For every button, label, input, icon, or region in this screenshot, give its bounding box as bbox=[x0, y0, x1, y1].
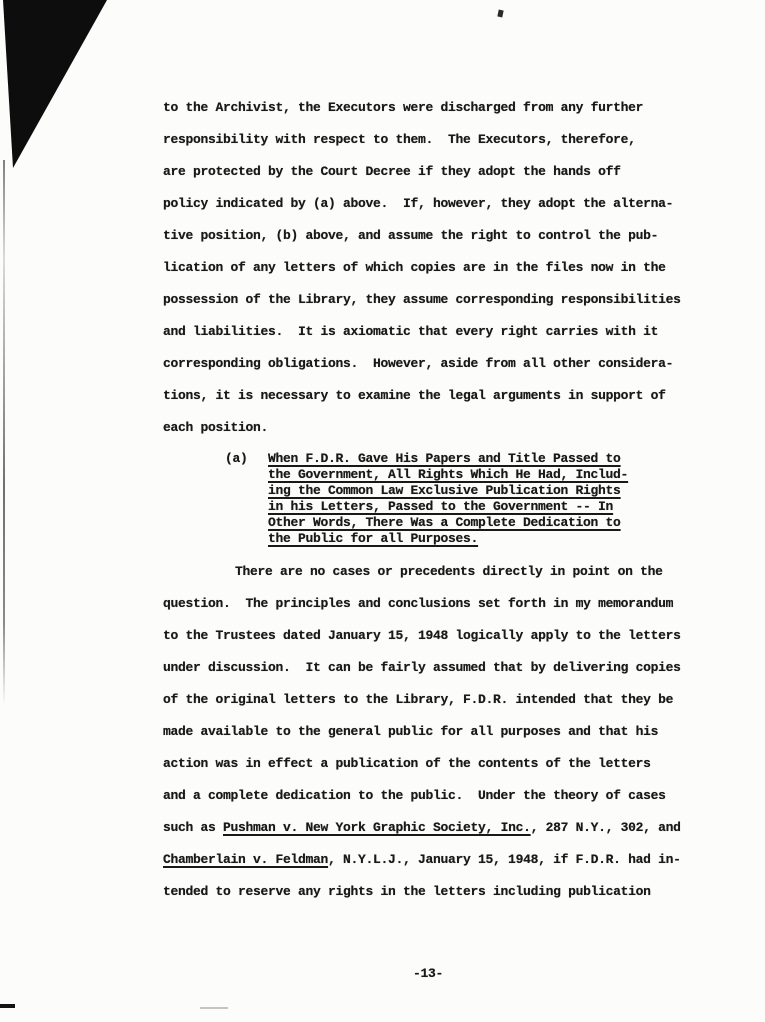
text-segment: and liabilities. It is axiomatic that ev… bbox=[163, 324, 658, 339]
text-line: corresponding obligations. However, asid… bbox=[163, 348, 723, 380]
text-segment: policy indicated by (a) above. If, howev… bbox=[163, 196, 673, 211]
text-line: possession of the Library, they assume c… bbox=[163, 284, 723, 316]
text-segment: such as bbox=[163, 820, 223, 835]
text-segment: question. The principles and conclusions… bbox=[163, 596, 673, 611]
text-segment: made available to the general public for… bbox=[163, 724, 658, 739]
text-line: There are no cases or precedents directl… bbox=[163, 556, 723, 588]
underlined-text: Chamberlain v. Feldman bbox=[163, 852, 328, 867]
text-line: tive position, (b) above, and assume the… bbox=[163, 220, 723, 252]
section-heading-a: (a) When F.D.R. Gave His Papers and Titl… bbox=[225, 451, 628, 547]
text-line: in his Letters, Passed to the Government… bbox=[268, 499, 628, 515]
text-line: to the Trustees dated January 15, 1948 l… bbox=[163, 620, 723, 652]
text-line: are protected by the Court Decree if the… bbox=[163, 156, 723, 188]
text-line: and a complete dedication to the public.… bbox=[163, 780, 723, 812]
text-line: tions, it is necessary to examine the le… bbox=[163, 380, 723, 412]
document-page: to the Archivist, the Executors were dis… bbox=[0, 0, 765, 1022]
text-segment: There are no cases or precedents directl… bbox=[235, 564, 663, 579]
underlined-text: When F.D.R. Gave His Papers and Title Pa… bbox=[268, 451, 621, 466]
text-segment: corresponding obligations. However, asid… bbox=[163, 356, 673, 371]
text-segment: , N.Y.L.J., January 15, 1948, if F.D.R. … bbox=[328, 852, 681, 867]
text-segment: tended to reserve any rights in the lett… bbox=[163, 884, 651, 899]
underlined-text: Pushman v. New York Graphic Society, Inc… bbox=[223, 820, 531, 835]
text-line: the Public for all Purposes. bbox=[268, 531, 628, 547]
section-heading-label: (a) bbox=[225, 451, 268, 547]
text-segment: are protected by the Court Decree if the… bbox=[163, 164, 621, 179]
page-number: -13- bbox=[163, 966, 693, 981]
paragraph-continuation: to the Archivist, the Executors were dis… bbox=[163, 92, 723, 444]
text-segment: each position. bbox=[163, 420, 268, 435]
text-line: under discussion. It can be fairly assum… bbox=[163, 652, 723, 684]
underlined-text: Other Words, There Was a Complete Dedica… bbox=[268, 515, 621, 530]
ink-speck-artifact bbox=[497, 10, 503, 18]
text-segment: of the original letters to the Library, … bbox=[163, 692, 673, 707]
text-line: such as Pushman v. New York Graphic Soci… bbox=[163, 812, 723, 844]
bottom-edge-mark-artifact bbox=[0, 1004, 15, 1008]
text-line: to the Archivist, the Executors were dis… bbox=[163, 92, 723, 124]
text-line: tended to reserve any rights in the lett… bbox=[163, 876, 723, 908]
underlined-text: the Government, All Rights Which He Had,… bbox=[268, 467, 628, 482]
text-line: of the original letters to the Library, … bbox=[163, 684, 723, 716]
scan-edge-line-artifact bbox=[3, 160, 5, 705]
text-line: When F.D.R. Gave His Papers and Title Pa… bbox=[268, 451, 628, 467]
text-segment: to the Trustees dated January 15, 1948 l… bbox=[163, 628, 681, 643]
bottom-faint-mark-artifact bbox=[200, 1007, 228, 1009]
text-line: each position. bbox=[163, 412, 723, 444]
text-line: policy indicated by (a) above. If, howev… bbox=[163, 188, 723, 220]
text-segment: under discussion. It can be fairly assum… bbox=[163, 660, 681, 675]
text-line: Chamberlain v. Feldman, N.Y.L.J., Januar… bbox=[163, 844, 723, 876]
text-line: responsibility with respect to them. The… bbox=[163, 124, 723, 156]
text-line: action was in effect a publication of th… bbox=[163, 748, 723, 780]
text-segment: , 287 N.Y., 302, and bbox=[531, 820, 681, 835]
text-line: Other Words, There Was a Complete Dedica… bbox=[268, 515, 628, 531]
text-line: ing the Common Law Exclusive Publication… bbox=[268, 483, 628, 499]
text-line: made available to the general public for… bbox=[163, 716, 723, 748]
corner-fold-artifact bbox=[0, 0, 120, 180]
underlined-text: ing the Common Law Exclusive Publication… bbox=[268, 483, 621, 498]
text-segment: action was in effect a publication of th… bbox=[163, 756, 651, 771]
text-line: question. The principles and conclusions… bbox=[163, 588, 723, 620]
section-heading-text: When F.D.R. Gave His Papers and Title Pa… bbox=[268, 451, 628, 547]
text-line: lication of any letters of which copies … bbox=[163, 252, 723, 284]
paragraph-argument: There are no cases or precedents directl… bbox=[163, 556, 723, 908]
text-segment: responsibility with respect to them. The… bbox=[163, 132, 636, 147]
text-segment: tions, it is necessary to examine the le… bbox=[163, 388, 666, 403]
text-segment: and a complete dedication to the public.… bbox=[163, 788, 666, 803]
text-segment: tive position, (b) above, and assume the… bbox=[163, 228, 658, 243]
text-segment: possession of the Library, they assume c… bbox=[163, 292, 681, 307]
underlined-text: in his Letters, Passed to the Government… bbox=[268, 499, 613, 514]
text-segment: lication of any letters of which copies … bbox=[163, 260, 666, 275]
text-line: and liabilities. It is axiomatic that ev… bbox=[163, 316, 723, 348]
underlined-text: the Public for all Purposes. bbox=[268, 531, 478, 546]
text-segment: to the Archivist, the Executors were dis… bbox=[163, 100, 643, 115]
text-line: the Government, All Rights Which He Had,… bbox=[268, 467, 628, 483]
